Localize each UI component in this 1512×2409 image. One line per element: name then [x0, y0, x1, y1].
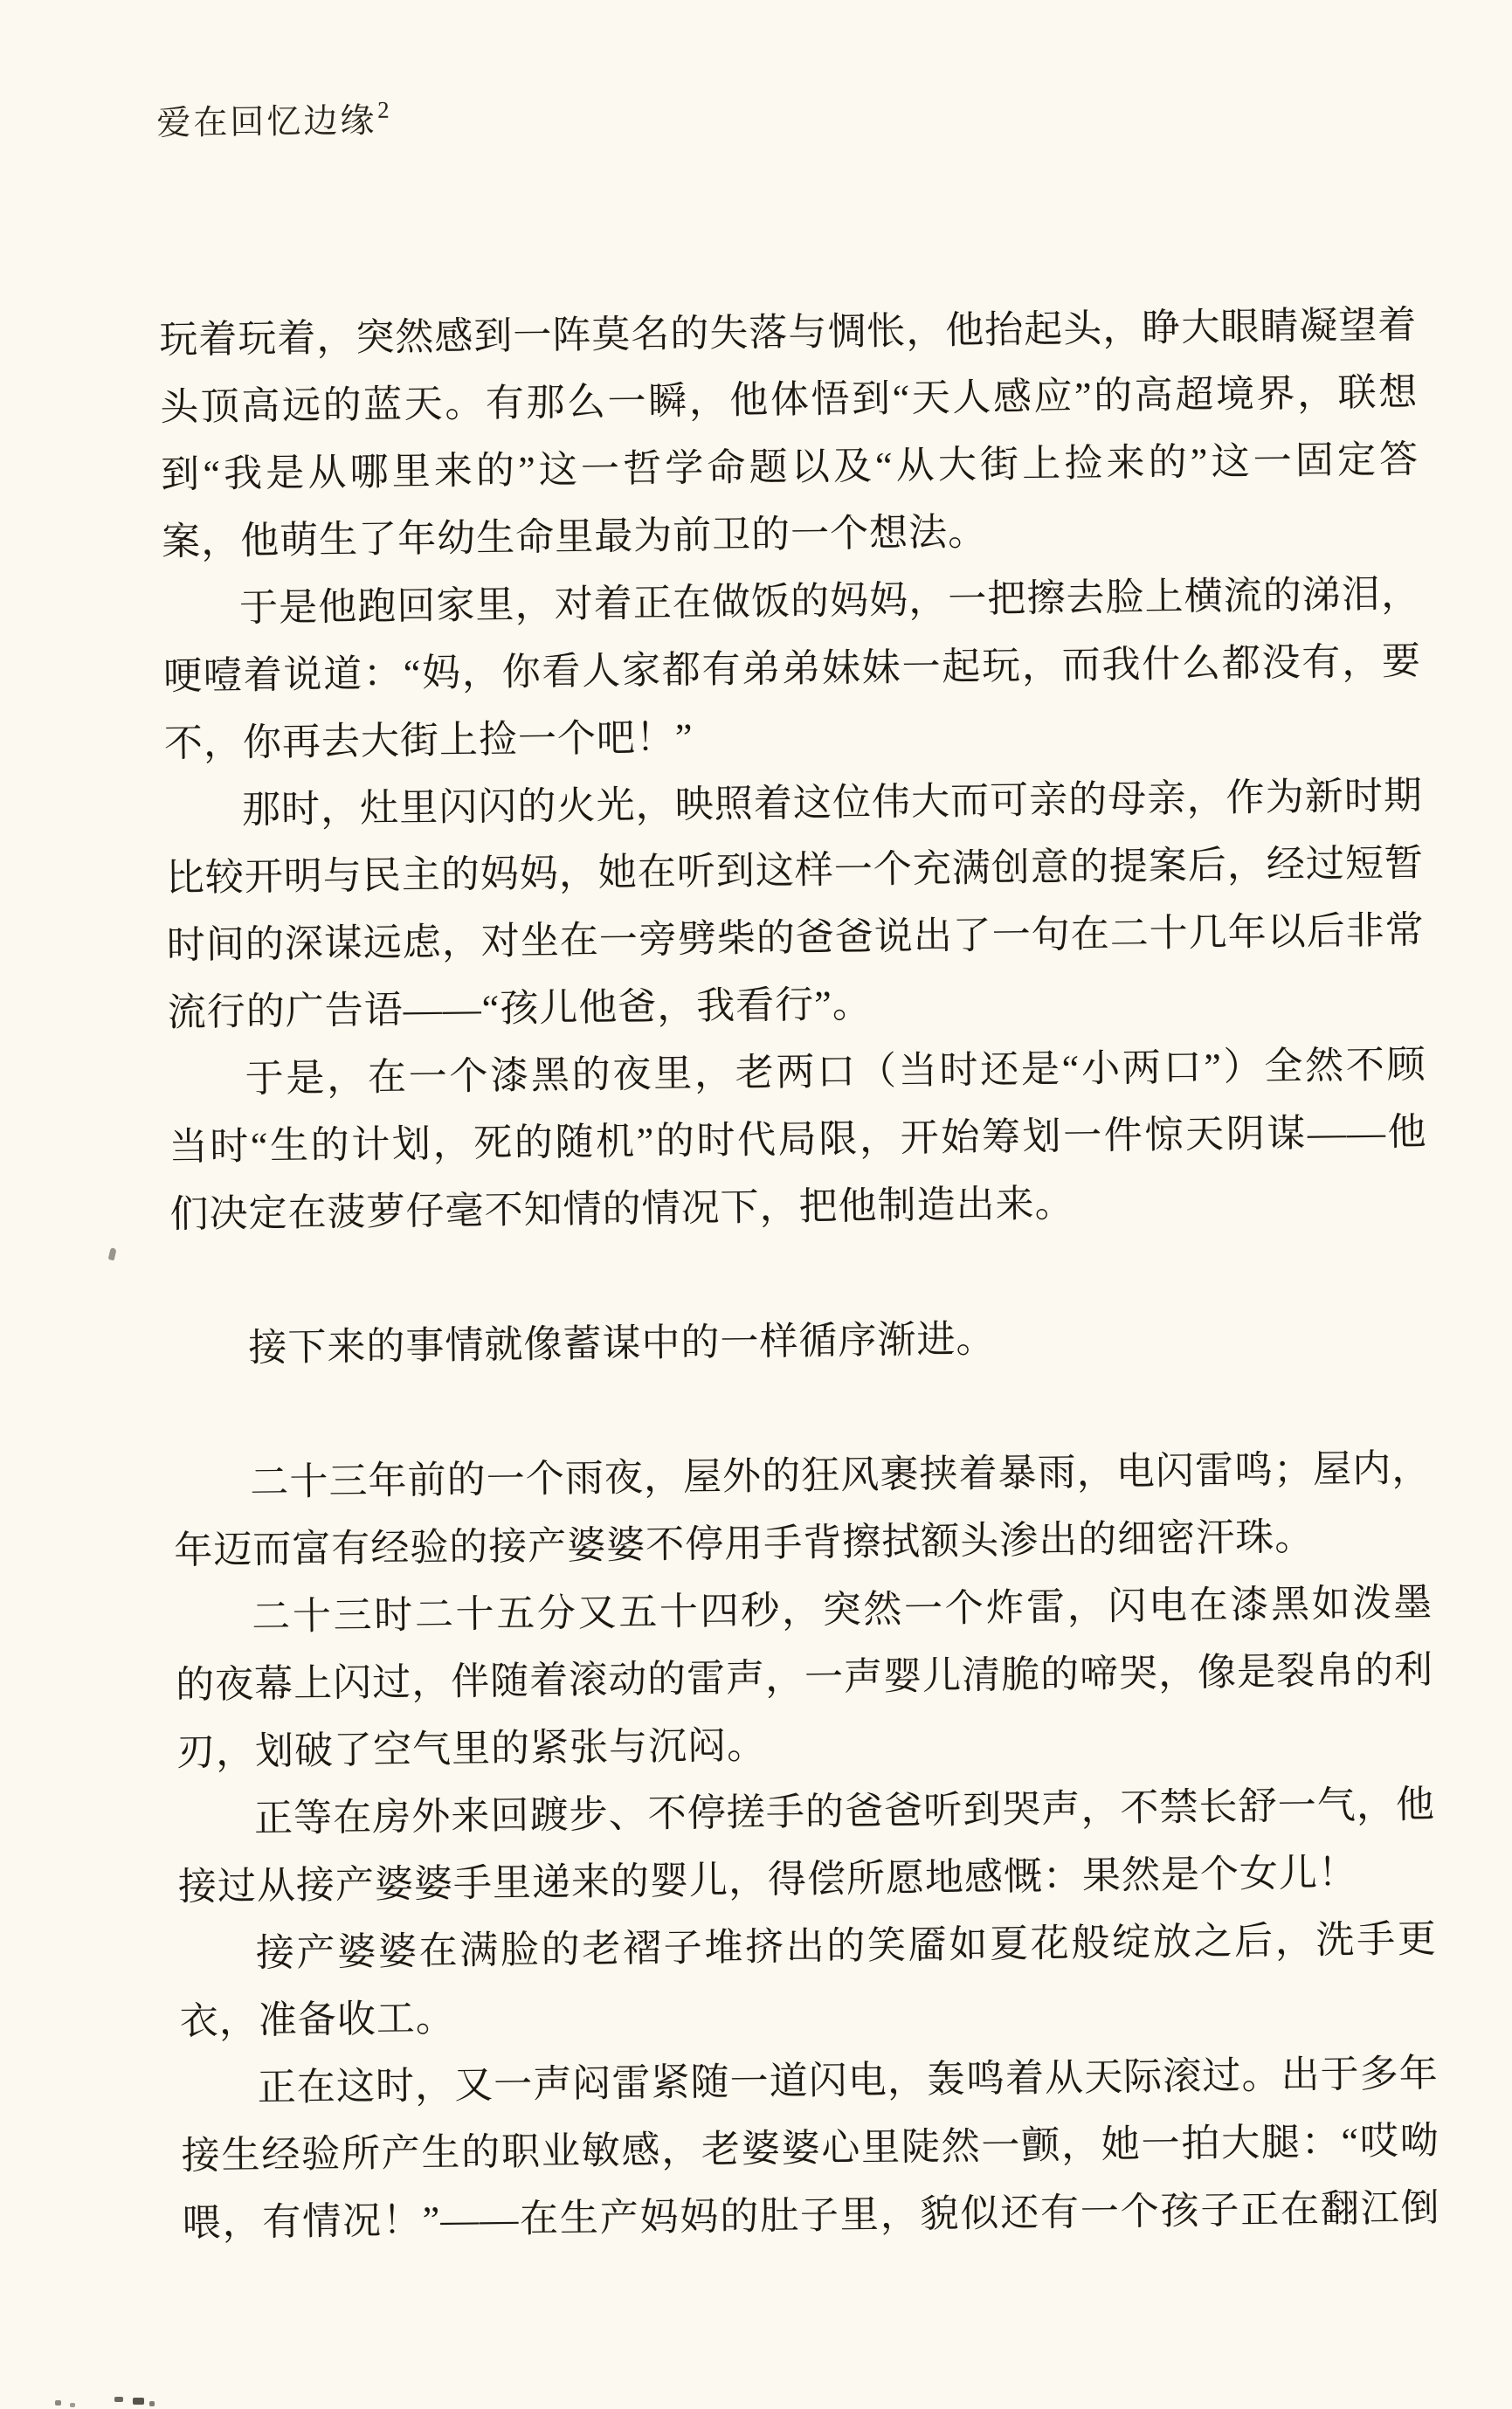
running-header: 爱在回忆边缘2	[156, 93, 390, 145]
text-line: 喂，有情况！”——在生产妈妈的肚子里，貌似还有一个孩子正在翻江倒	[182, 2174, 1440, 2257]
book-page: 爱在回忆边缘2 玩着玩着，突然感到一阵莫名的失落与惆怅，他抬起头，睁大眼睛凝望着…	[0, 0, 1512, 2409]
running-header-superscript: 2	[377, 97, 390, 123]
scan-content: 爱在回忆边缘2 玩着玩着，突然感到一阵莫名的失落与惆怅，他抬起头，睁大眼睛凝望着…	[0, 0, 1512, 2409]
scan-speck-margin	[108, 1247, 117, 1260]
page-body-text: 玩着玩着，突然感到一阵莫名的失落与惆怅，他抬起头，睁大眼睛凝望着头顶高远的蓝天。…	[159, 291, 1440, 2256]
running-header-title: 爱在回忆边缘	[156, 102, 377, 142]
